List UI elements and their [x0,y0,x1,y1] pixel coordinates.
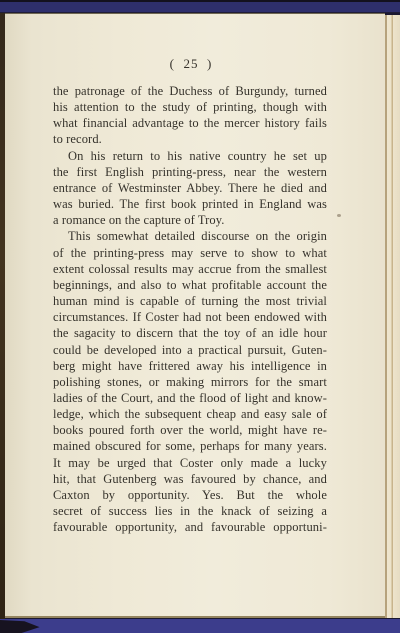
body-text: the patronage of the Duchess of Burgundy… [53,83,327,535]
text-line: beginnings, and also to what profitable … [53,277,327,293]
stacked-page-edges [385,15,400,618]
text-line: what financial advantage to the mercer h… [53,115,327,131]
text-line: his attention to the study of printing, … [53,99,327,115]
text-line: the patronage of the Duchess of Burgundy… [53,83,327,99]
text-line: Caxton by opportunity. Yes. But the whol… [53,487,327,503]
text-line: the sagacity to discern that the toy of … [53,325,327,341]
text-line: was buried. The first book printed in En… [53,196,327,212]
text-line: It may be urged that Coster only made a … [53,455,327,471]
text-line: circumstances. If Coster had not been en… [53,309,327,325]
book-scan: ( 25 ) the patronage of the Duchess of B… [0,0,400,633]
text-line: berg might have frittered away his intel… [53,358,327,374]
paper-speck [337,214,341,217]
text-line: extent colossal results may accrue from … [53,261,327,277]
text-line: ladies of the Court, and the flood of li… [53,390,327,406]
text-line: favourable opportunity, and favourable o… [53,519,327,535]
text-line: ledge, which the subsequent cheap and ea… [53,406,327,422]
text-line: entrance of Westminster Abbey. There he … [53,180,327,196]
text-line: secret of success lies in the knack of s… [53,503,327,519]
text-line: books poured forth over the world, might… [53,422,327,438]
text-line: to record. [53,131,327,147]
text-line: the first English printing-press, near t… [53,164,327,180]
text-line: mained obscured for some, perhaps for ma… [53,438,327,454]
text-line: polishing stones, or making mirrors for … [53,374,327,390]
book-page: ( 25 ) the patronage of the Duchess of B… [5,13,385,618]
text-line: of the printing-press may serve to show … [53,245,327,261]
book-cover-bottom-band [0,619,400,633]
text-line: On his return to his native country he s… [53,148,327,164]
text-line: This somewhat detailed discourse on the … [53,228,327,244]
text-line: could be developed into a practical purs… [53,342,327,358]
book-cover-top-band [0,0,400,13]
page-number-header: ( 25 ) [53,56,329,72]
text-line: a romance on the capture of Troy. [53,212,327,228]
text-line: hit, that Gutenberg was favoured by chan… [53,471,327,487]
text-line: human mind is capable of turning the mos… [53,293,327,309]
